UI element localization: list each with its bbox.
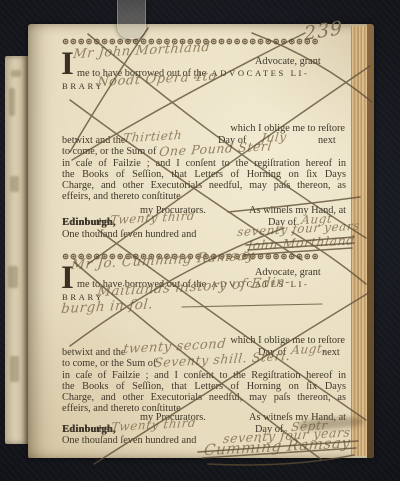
form-body-line: Charge, and other Executorials needful, … xyxy=(62,180,346,192)
form-body-line: effeirs, and thereto conſtitute xyxy=(62,191,181,203)
betwixt-text: betwixt and the xyxy=(62,135,125,147)
the-text: the xyxy=(96,424,109,436)
left-page-edge xyxy=(5,56,28,444)
form-body-line: the Books of Seſſion, that Letters of Ho… xyxy=(62,169,346,181)
show-through-mark xyxy=(8,266,18,288)
book-title-handwriting: Maitlands history of Edin- xyxy=(96,274,291,300)
show-through-mark xyxy=(11,70,21,77)
year-text: One thouſand ſeven hundred and xyxy=(62,435,196,447)
sum-text: to come, or the Sum of xyxy=(62,146,156,158)
betwixt-text: betwixt and the xyxy=(62,347,125,359)
advocate-grant-text: Advocate, grant xyxy=(255,56,321,68)
initial-drop-cap: I xyxy=(61,49,74,79)
next-text: next xyxy=(322,347,340,359)
form-body-line: in caſe of Failzie ; and I conſent to th… xyxy=(62,370,346,382)
year-text: One thouſand ſeven hundred and xyxy=(62,229,196,241)
show-through-mark xyxy=(10,356,19,382)
next-text: next xyxy=(318,135,336,147)
signed-day-handwriting: Twenty third xyxy=(111,416,197,435)
sum-text: to come, or the Sum of xyxy=(62,358,156,370)
borrower-name-handwriting: Mr Jo. Cumming Ramsay xyxy=(70,247,255,273)
form-body-line: Charge, and other Executorials needful, … xyxy=(62,392,346,404)
form-body-line: in caſe of Failzie ; and I conſent to th… xyxy=(62,158,346,170)
advocates-library-caps: Advocates Li- xyxy=(211,68,309,78)
bookmark-tab xyxy=(117,0,146,39)
show-through-mark xyxy=(9,88,15,116)
show-through-mark xyxy=(10,176,19,192)
form-body-line: the Books of Seſſion, that Letters of Ho… xyxy=(62,381,346,393)
page-edge-rough xyxy=(367,24,374,458)
signed-day-handwriting: Twenty third xyxy=(110,209,196,228)
the-text: the xyxy=(96,217,109,229)
register-page: 239 I Mr John Morthland Advocate, grant … xyxy=(28,24,374,458)
